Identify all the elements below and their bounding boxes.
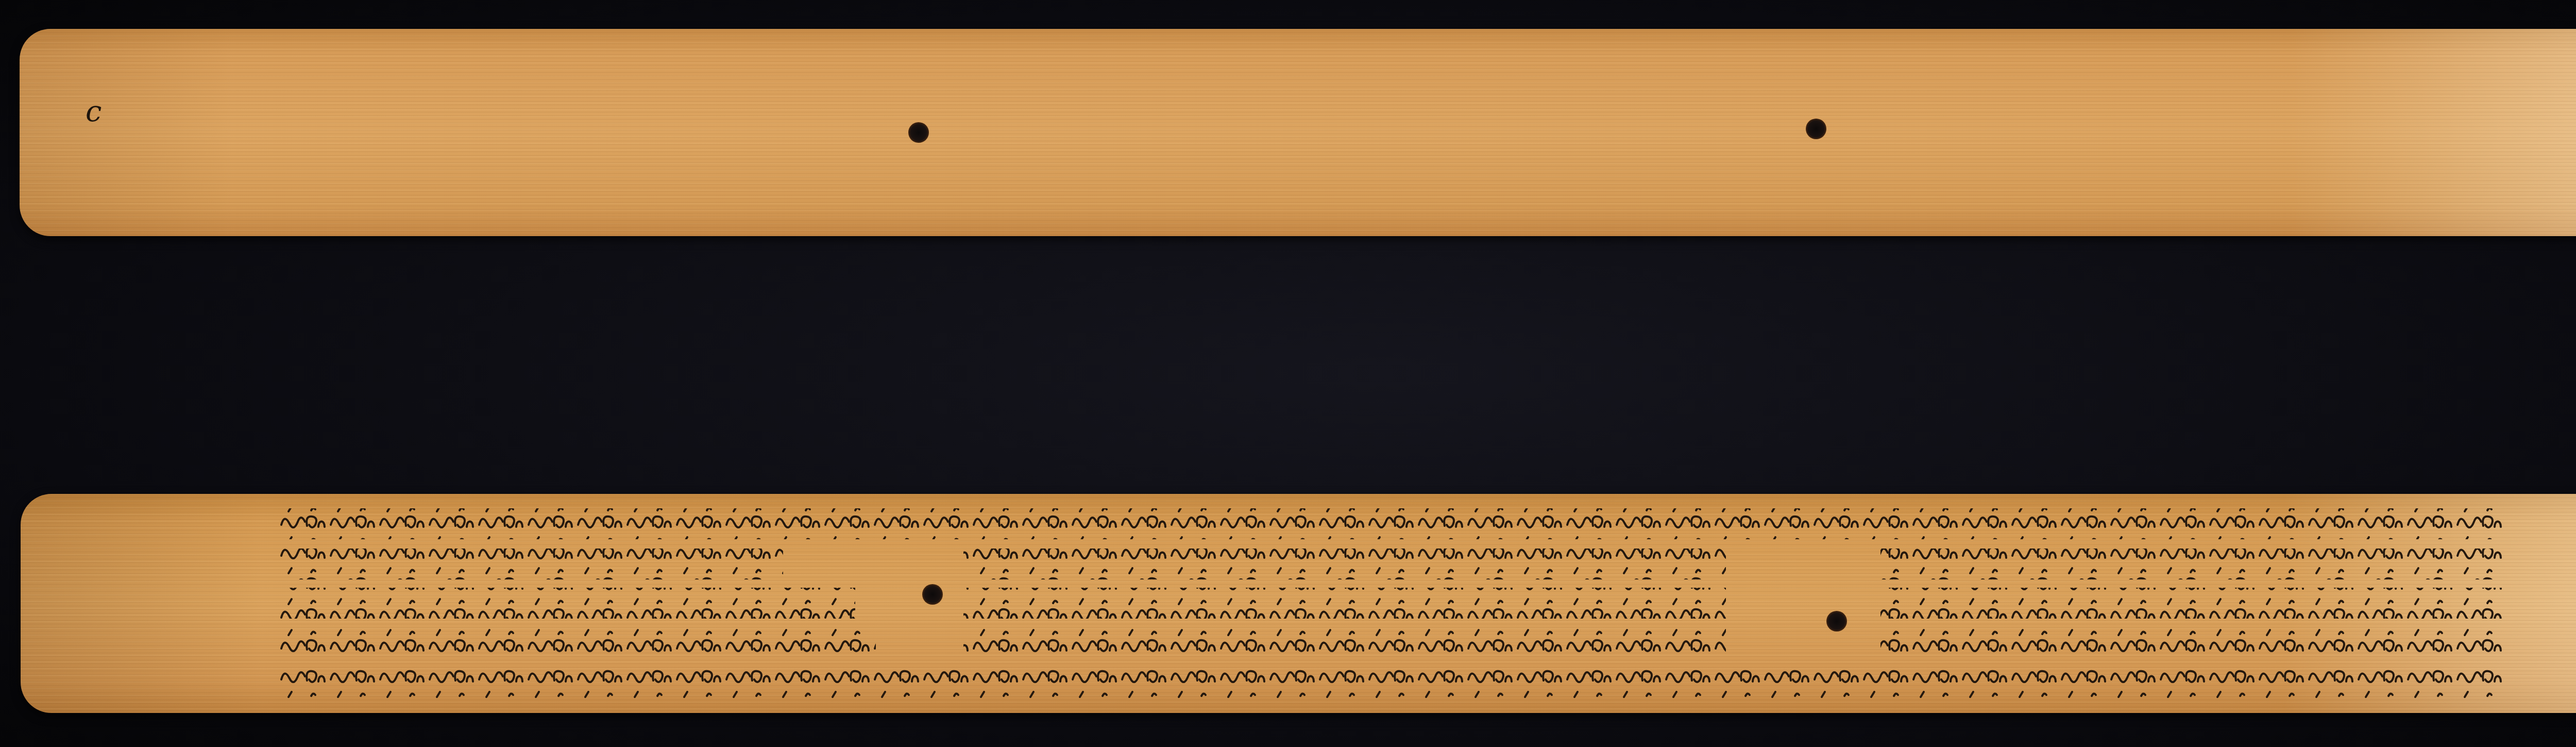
script-lines: [278, 504, 2504, 705]
script-line-1: [278, 508, 2504, 539]
script-line-2a: [278, 549, 783, 579]
binding-hole-left: [908, 122, 929, 143]
script-line-4c: [1880, 628, 2504, 659]
script-line-4a: [278, 628, 876, 659]
page-number-mark: c: [86, 95, 101, 128]
script-line-3c: [1880, 588, 2504, 619]
palm-leaf-bottom: [21, 494, 2576, 713]
binding-hole-right: [1806, 119, 1826, 139]
script-line-2c: [1880, 549, 2504, 579]
script-line-5: [278, 668, 2504, 699]
script-line-3a: [278, 588, 855, 619]
script-line-3b: [963, 588, 1726, 619]
handwritten-script-block: [278, 504, 2504, 705]
leaf-grain-texture: [20, 29, 2576, 236]
script-line-4b: [963, 628, 1726, 659]
palm-leaf-top: c: [20, 29, 2576, 236]
script-line-2b: [963, 549, 1726, 579]
